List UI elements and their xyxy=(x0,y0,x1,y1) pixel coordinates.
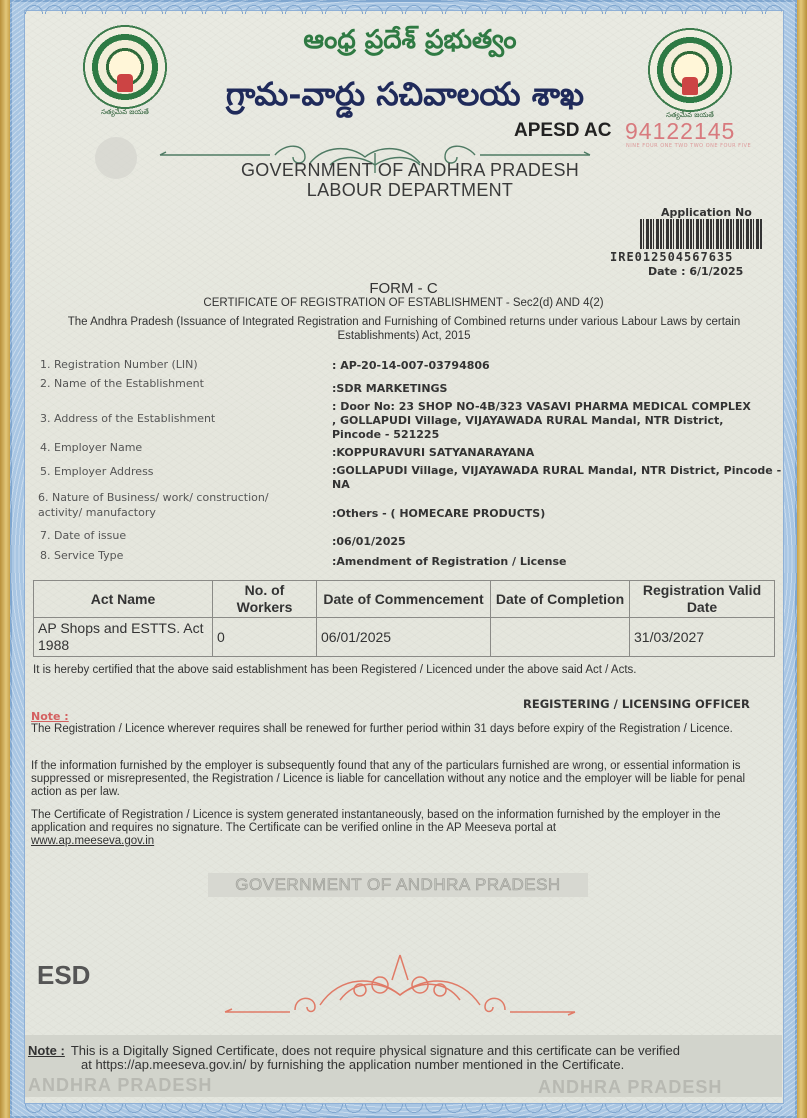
field-value-registration-number: : AP-20-14-007-03794806 xyxy=(332,359,772,373)
field-value-employer-name: :KOPPURAVURI SATYANARAYANA xyxy=(332,446,772,460)
field-label-registration-number: 1. Registration Number (LIN) xyxy=(40,357,198,372)
ac-number-words: NINE FOUR ONE TWO TWO ONE FOUR FIVE xyxy=(626,143,751,149)
column-header: Act Name xyxy=(34,581,213,618)
field-value-employer-address: :GOLLAPUDI Village, VIJAYAWADA RURAL Man… xyxy=(332,464,782,492)
footer-note-line1: This is a Digitally Signed Certificate, … xyxy=(71,1043,680,1058)
government-watermark-banner: GOVERNMENT OF ANDHRA PRADESH xyxy=(208,873,588,897)
apesd-label: APESD AC xyxy=(514,120,611,142)
ghost-emblem-icon xyxy=(95,137,137,179)
column-header: Registration Valid Date xyxy=(630,581,775,618)
note-system-generated: The Certificate of Registration / Licenc… xyxy=(31,809,776,848)
completion-date-cell xyxy=(491,618,630,657)
watermark-andhra-pradesh-right: ANDHRA PRADESH xyxy=(538,1077,722,1098)
certification-statement: It is hereby certified that the above sa… xyxy=(33,664,636,676)
issuing-authority: GOVERNMENT OF ANDHRA PRADESH LABOUR DEPA… xyxy=(200,160,620,200)
note-label: Note : xyxy=(31,710,69,723)
commencement-date-cell: 06/01/2025 xyxy=(317,618,491,657)
application-date: Date : 6/1/2025 xyxy=(648,265,743,278)
note-renewal: The Registration / Licence wherever requ… xyxy=(31,723,776,736)
note-misrepresentation: If the information furnished by the empl… xyxy=(31,760,776,799)
ac-number: 94122145 xyxy=(625,118,735,145)
lion-capital-icon xyxy=(682,77,698,95)
lion-capital-icon xyxy=(117,74,133,92)
field-label-employer-name: 4. Employer Name xyxy=(40,440,142,455)
field-value-establishment-name: :SDR MARKETINGS xyxy=(332,382,772,396)
department-name: LABOUR DEPARTMENT xyxy=(200,180,620,200)
certificate-title: CERTIFICATE OF REGISTRATION OF ESTABLISH… xyxy=(0,297,807,309)
note-system-generated-text: The Certificate of Registration / Licenc… xyxy=(31,809,721,834)
ap-government-seal-right-icon: సత్యమేవ జయతే xyxy=(645,25,735,115)
government-name: GOVERNMENT OF ANDHRA PRADESH xyxy=(200,160,620,180)
wave-border-bottom xyxy=(24,1104,782,1118)
application-number-label: Application No xyxy=(661,206,752,219)
form-title: FORM - C xyxy=(0,280,807,297)
field-label-service-type: 8. Service Type xyxy=(40,548,123,563)
field-value-nature-of-business: :Others - ( HOMECARE PRODUCTS) xyxy=(332,507,772,521)
field-value-date-of-issue: :06/01/2025 xyxy=(332,535,772,549)
application-number: IRE012504567635 xyxy=(610,250,733,264)
footer-note-line2: at https://ap.meeseva.gov.in/ by furnish… xyxy=(28,1058,778,1072)
field-value-establishment-address: : Door No: 23 SHOP NO-4B/323 VASAVI PHAR… xyxy=(332,400,752,442)
field-label-establishment-address: 3. Address of the Establishment xyxy=(40,411,215,426)
valid-date-cell: 31/03/2027 xyxy=(630,618,775,657)
acts-table: Act Name No. of Workers Date of Commence… xyxy=(33,580,775,657)
act-name-cell: AP Shops and ESTTS. Act 1988 xyxy=(34,618,213,657)
esd-label: ESD xyxy=(37,960,90,991)
table-header-row: Act Name No. of Workers Date of Commence… xyxy=(34,581,775,618)
wave-border-top xyxy=(24,0,782,14)
field-label-employer-address: 5. Employer Address xyxy=(40,464,154,479)
watermark-andhra-pradesh-left: ANDHRA PRADESH xyxy=(28,1075,212,1096)
column-header: Date of Completion xyxy=(491,581,630,618)
field-label-nature-of-business: 6. Nature of Business/ work/ constructio… xyxy=(38,490,308,520)
digital-signature-note: Note :This is a Digitally Signed Certifi… xyxy=(28,1044,778,1072)
column-header: Date of Commencement xyxy=(317,581,491,618)
meeseva-link[interactable]: www.ap.meeseva.gov.in xyxy=(31,835,154,847)
table-row: AP Shops and ESTTS. Act 1988 0 06/01/202… xyxy=(34,618,775,657)
field-value-service-type: :Amendment of Registration / License xyxy=(332,555,772,569)
telugu-department-title: గ్రామ-వార్డు సచివాలయ శాఖ xyxy=(170,75,640,121)
seal-caption: సత్యమేవ జయతే xyxy=(80,108,170,118)
ap-government-seal-left-icon: సత్యమేవ జయతే xyxy=(80,22,170,112)
barcode-icon xyxy=(640,219,762,249)
registering-officer: REGISTERING / LICENSING OFFICER xyxy=(523,697,750,711)
field-label-date-of-issue: 7. Date of issue xyxy=(40,528,126,543)
ornamental-flourish-icon xyxy=(220,950,580,1030)
column-header: No. of Workers xyxy=(213,581,317,618)
telugu-government-title: ఆంధ్ర ప్రదేశ్ ప్రభుత్వం xyxy=(200,25,620,61)
footer-note-label: Note : xyxy=(28,1043,65,1058)
act-description: The Andhra Pradesh (Issuance of Integrat… xyxy=(48,315,760,343)
field-label-establishment-name: 2. Name of the Establishment xyxy=(40,376,204,391)
workers-cell: 0 xyxy=(213,618,317,657)
